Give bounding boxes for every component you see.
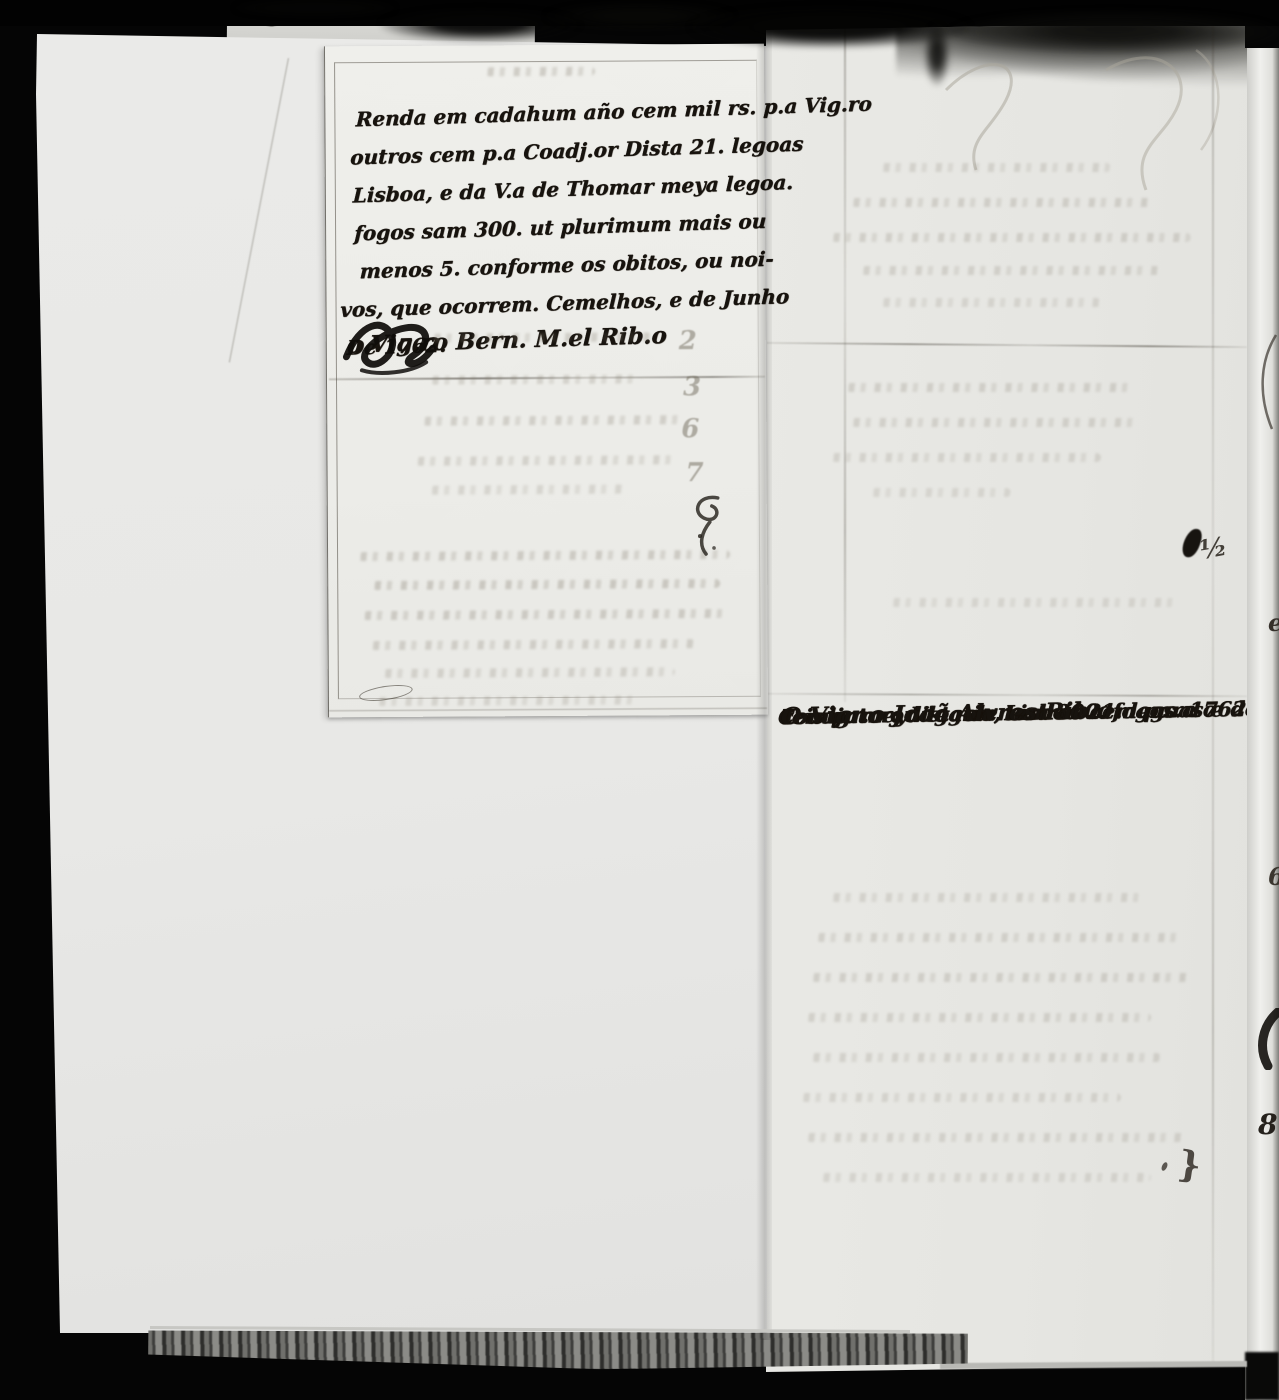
- ghost-numeral: 3: [683, 372, 701, 402]
- ghost-numeral: 6: [681, 414, 699, 444]
- ghost-text-line: [801, 1093, 1121, 1102]
- edge-letter-e: e: [1268, 608, 1279, 637]
- ghost-text-line: [851, 418, 1141, 427]
- ghost-heading: [485, 67, 595, 77]
- right-page-bottom-edge: [940, 1361, 1247, 1369]
- ghost-text-line: [383, 667, 675, 678]
- ink-smudge: [235, 0, 395, 16]
- ghost-text-line: [377, 695, 639, 706]
- attached-slip-note: Renda em cadahum año cem mil rs. p.a Vig…: [324, 44, 768, 718]
- book-fore-edge: [1245, 0, 1279, 1400]
- fold-crease: [766, 342, 1247, 348]
- fore-edge-bottom-dark: [1245, 1352, 1279, 1400]
- slip-bottom-edge: [329, 708, 767, 712]
- manuscript-line: O Vigr.o Joaõ Alvres Rib.o: [780, 693, 1113, 735]
- fraction-mark: ½: [1198, 532, 1230, 566]
- ghost-text-line: [831, 233, 1191, 242]
- gutter-shadow: [756, 30, 772, 1340]
- ink-smudge: [924, 24, 950, 86]
- ghost-text-line: [831, 893, 1141, 902]
- ghost-text-line: [422, 415, 684, 426]
- comma-mark: [1160, 1161, 1168, 1171]
- ghost-text-line: [811, 973, 1191, 982]
- ghost-text-line: [846, 383, 1136, 392]
- ghost-text-line: [831, 453, 1101, 462]
- curly-bracket-mark: }: [1175, 1143, 1204, 1188]
- ghost-numeral: 2: [679, 326, 697, 356]
- ghost-text-line: [881, 298, 1101, 307]
- ghost-text-line: [432, 332, 652, 342]
- edge-digit-eight: 8: [1258, 1108, 1277, 1141]
- ghost-text-line: [415, 455, 673, 466]
- ink-smudge: [950, 10, 1279, 54]
- scanned-manuscript-spread: 395 Renda em cadahum año cem mil rs. p.a…: [0, 0, 1279, 1400]
- page-stack-bottom-edge: [148, 1328, 968, 1371]
- ghost-text-line: [430, 485, 625, 495]
- ghost-text-line: [891, 598, 1176, 607]
- ghost-text-line: [851, 198, 1151, 207]
- ghost-text-line: [861, 266, 1161, 275]
- edge-digit-six: 6: [1268, 862, 1279, 891]
- ghost-text-line: [871, 488, 1011, 497]
- slip-manuscript-text: Renda em cadahum año cem mil rs. p.a Vig…: [348, 85, 873, 329]
- ghost-text-line: [821, 1173, 1151, 1182]
- ghost-text-line: [806, 1133, 1186, 1142]
- ghost-text-line: [816, 933, 1181, 942]
- ghost-text-line: [881, 163, 1111, 172]
- ghost-text-line: [806, 1013, 1151, 1022]
- ghost-text-line: [811, 1053, 1161, 1062]
- ghost-numeral: 7: [685, 458, 703, 488]
- ghost-text-line: [430, 374, 642, 384]
- left-page-crease: [229, 58, 289, 362]
